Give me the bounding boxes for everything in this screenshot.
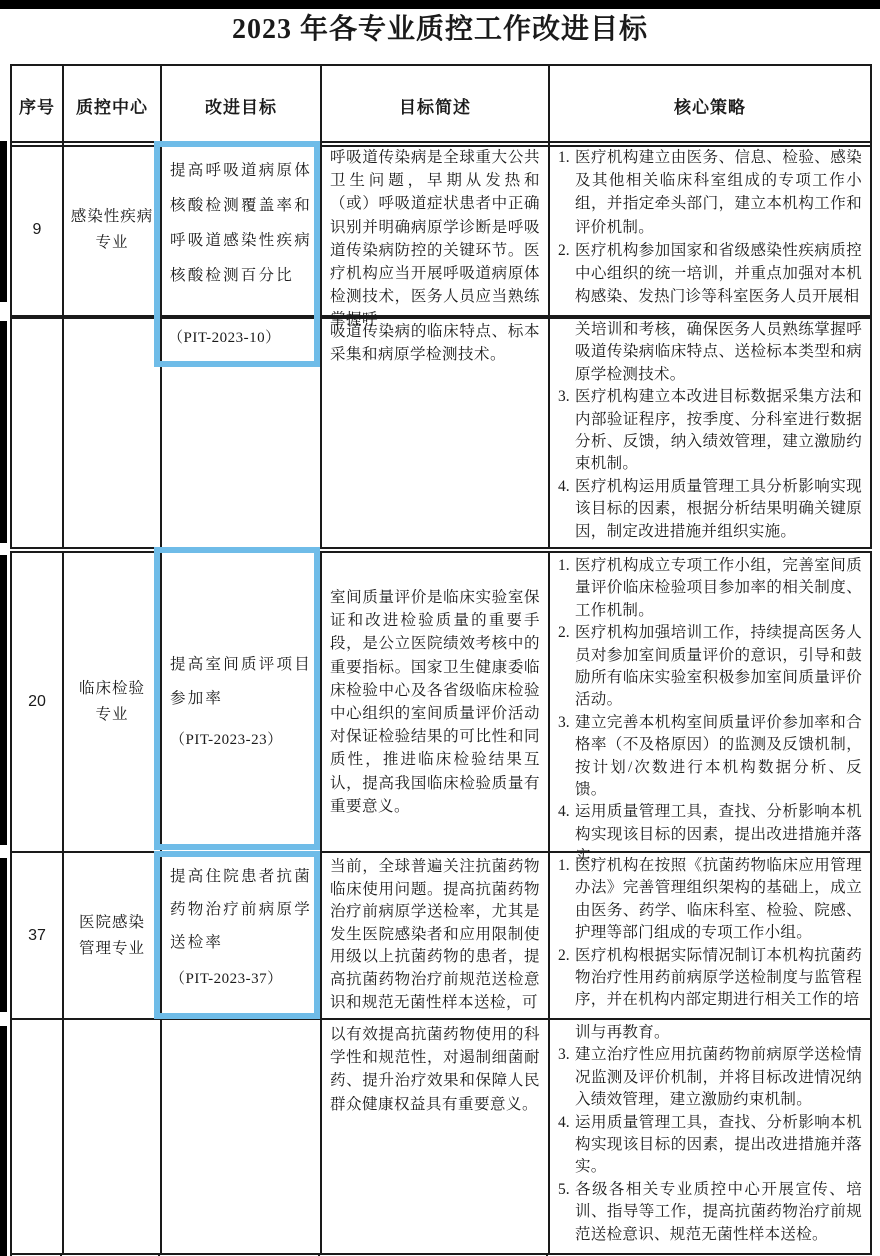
strategy-item: 5.各级各相关专业质控中心开展宣传、培训、指导等工作，提高抗菌药物治疗前规范送检… <box>558 1179 862 1246</box>
scan-edge-left-2 <box>0 321 7 543</box>
strategy-item: 3.建立完善本机构室间质量评价参加率和合格率（不及格原因）的监测及反馈机制，按计… <box>558 712 862 802</box>
row-37-center: 医院感染 管理专业 <box>64 853 160 1018</box>
row-9-center: 感染性疾病 专业 <box>64 143 160 317</box>
strategy-item: 2.医疗机构根据实际情况制订本机构抗菌药物治疗性用药前病原学送检制度与监管程序，… <box>558 945 862 1012</box>
strategy-item: 1.医疗机构成立专项工作小组，完善室间质量评价临床检验项目参加率的相关制度、工作… <box>558 555 862 622</box>
strategy-item: 训与再教育。 <box>558 1022 862 1044</box>
strategy-item-text: 医疗机构根据实际情况制订本机构抗菌药物治疗性用药前病原学送检制度与监管程序，并在… <box>575 947 862 1009</box>
strategy-item-number: 2. <box>558 945 570 967</box>
strategy-item-text: 医疗机构在按照《抗菌药物临床应用管理办法》完善管理组织架构的基础上，成立由医务、… <box>575 857 862 941</box>
strategy-item: 3.建立治疗性应用抗菌药物前病原学送检情况监测及评价机制，并将目标改进情况纳入绩… <box>558 1044 862 1111</box>
row-20-seq: 20 <box>12 553 62 851</box>
strategy-item: 2.医疗机构加强培训工作，持续提高医务人员对参加室间质量评价的意识，引导和鼓励所… <box>558 622 862 712</box>
strategy-item-number: 3. <box>558 1044 570 1066</box>
row-9-strategy-part-1: 1.医疗机构建立由医务、信息、检验、感染及其他相关临床科室组成的专项工作小组，并… <box>550 143 870 317</box>
strategy-item-text: 各级各相关专业质控中心开展宣传、培训、指导等工作，提高抗菌药物治疗前规范送检意识… <box>575 1181 862 1243</box>
row-9-seq-continuation <box>12 317 62 547</box>
row-9-seq: 9 <box>12 143 62 317</box>
row-9-summary-part-1: 呼吸道传染病是全球重大公共卫生问题，早期从发热和（或）呼吸道症状患者中正确识别并… <box>322 143 548 317</box>
strategy-item-number: 4. <box>558 1112 570 1134</box>
strategy-item-text: 医疗机构建立由医务、信息、检验、感染及其他相关临床科室组成的专项工作小组，并指定… <box>575 149 862 236</box>
strategy-item-text: 建立治疗性应用抗菌药物前病原学送检情况监测及评价机制，并将目标改进情况纳入绩效管… <box>575 1046 862 1108</box>
header-seq: 序号 <box>12 66 62 145</box>
header-strategy: 核心策略 <box>550 66 870 145</box>
header-goal: 改进目标 <box>162 66 320 145</box>
header-center: 质控中心 <box>64 66 160 145</box>
row-37-seq-continuation <box>12 1020 62 1253</box>
row-20-center: 临床检验 专业 <box>64 553 160 851</box>
row-37-seq: 37 <box>12 853 62 1018</box>
row-20: 20 临床检验 专业 提高室间质评项目参加率 （PIT-2023-23） 室间质… <box>10 551 872 853</box>
strategy-item-number: 1. <box>558 855 570 877</box>
strategy-item-number: 1. <box>558 555 570 577</box>
scan-edge-left-3 <box>0 555 7 845</box>
highlight-box-row-20-goal <box>154 547 320 850</box>
highlight-box-row-37-goal <box>154 851 320 1019</box>
header-summary: 目标简述 <box>322 66 548 145</box>
strategy-item: 4.运用质量管理工具，查找、分析影响本机构实现该目标的因素，提出改进措施并落实。 <box>558 1112 862 1179</box>
strategy-item-text: 运用质量管理工具，查找、分析影响本机构实现该目标的因素，提出改进措施并落实。 <box>575 1114 862 1176</box>
strategy-item: 关培训和考核，确保医务人员熟练掌握呼吸道传染病临床特点、送检标本类型和病原学检测… <box>558 319 862 386</box>
strategy-item: 2.医疗机构参加国家和省级感染性疾病质控中心组织的统一培训，并重点加强对本机构感… <box>558 239 862 309</box>
strategy-item-text: 医疗机构成立专项工作小组，完善室间质量评价临床检验项目参加率的相关制度、工作机制… <box>575 557 862 619</box>
row-20-strategy: 1.医疗机构成立专项工作小组，完善室间质量评价临床检验项目参加率的相关制度、工作… <box>550 553 870 851</box>
strategy-item-text: 训与再教育。 <box>575 1024 670 1041</box>
strategy-item-number: 3. <box>558 386 570 408</box>
row-37-part-2: 以有效提高抗菌药物使用的科学性和规范性，对遏制细菌耐药、提升治疗效果和保障人民群… <box>10 1018 872 1255</box>
table-header-row: 序号 质控中心 改进目标 目标简述 核心策略 <box>10 64 872 147</box>
strategy-item-text: 医疗机构建立本改进目标数据采集方法和内部验证程序，按季度、分科室进行数据分析、反… <box>575 388 862 472</box>
row-9-part-1: 9 感染性疾病 专业 提高呼吸道病原体核酸检测覆盖率和呼吸道感染性疾病核酸检测百… <box>10 141 872 319</box>
row-37-goal-continuation <box>162 1020 320 1253</box>
strategy-item-text: 医疗机构运用质量管理工具分析影响实现该目标的因素，根据分析结果明确关键原因，制定… <box>575 478 862 540</box>
scan-edge-top <box>0 0 880 9</box>
strategy-item: 4.医疗机构运用质量管理工具分析影响实现该目标的因素，根据分析结果明确关键原因，… <box>558 476 862 543</box>
scan-edge-left-4 <box>0 858 7 1012</box>
row-9-center-continuation <box>64 317 160 547</box>
row-20-summary-text: 室间质量评价是临床实验室保证和改进检验质量的重要手段，是公立医院绩效考核中的重要… <box>330 586 540 818</box>
scan-edge-left-5 <box>0 1026 7 1256</box>
strategy-item-text: 医疗机构加强培训工作，持续提高医务人员对参加室间质量评价的意识，引导和鼓励所有临… <box>575 624 862 708</box>
row-37-strategy-part-2: 训与再教育。 3.建立治疗性应用抗菌药物前病原学送检情况监测及评价机制，并将目标… <box>550 1020 870 1253</box>
row-20-summary: 室间质量评价是临床实验室保证和改进检验质量的重要手段，是公立医院绩效考核中的重要… <box>322 553 548 851</box>
next-row-top-border <box>10 1253 872 1255</box>
row-9-strategy-part-2: 关培训和考核，确保医务人员熟练掌握呼吸道传染病临床特点、送检标本类型和病原学检测… <box>550 317 870 547</box>
row-37-part-1: 37 医院感染 管理专业 提高住院患者抗菌药物治疗前病原学送检率 （PIT-20… <box>10 851 872 1020</box>
row-37-summary-part-2: 以有效提高抗菌药物使用的科学性和规范性，对遏制细菌耐药、提升治疗效果和保障人民群… <box>322 1020 548 1253</box>
strategy-item-number: 5. <box>558 1179 570 1201</box>
scan-edge-left-1 <box>0 141 7 302</box>
page-title: 2023 年各专业质控工作改进目标 <box>0 7 880 47</box>
strategy-item-number: 3. <box>558 712 570 734</box>
row-37-strategy-part-1: 1.医疗机构在按照《抗菌药物临床应用管理办法》完善管理组织架构的基础上，成立由医… <box>550 853 870 1018</box>
strategy-item-number: 4. <box>558 476 570 498</box>
highlight-box-row-9-goal <box>154 141 320 367</box>
strategy-item-text: 关培训和考核，确保医务人员熟练掌握呼吸道传染病临床特点、送检标本类型和病原学检测… <box>575 321 862 383</box>
strategy-item-number: 2. <box>558 239 570 262</box>
strategy-item-text: 医疗机构参加国家和省级感染性疾病质控中心组织的统一培训，并重点加强对本机构感染、… <box>575 242 862 305</box>
strategy-item-number: 4. <box>558 801 570 823</box>
row-37-center-continuation <box>64 1020 160 1253</box>
row-9-part-2: （PIT-2023-10） 吸道传染病的临床特点、标本采集和病原学检测技术。 关… <box>10 315 872 549</box>
strategy-item-number: 1. <box>558 146 570 169</box>
strategy-item-number: 2. <box>558 622 570 644</box>
strategy-item: 1.医疗机构建立由医务、信息、检验、感染及其他相关临床科室组成的专项工作小组，并… <box>558 146 862 239</box>
row-9-summary-part-2: 吸道传染病的临床特点、标本采集和病原学检测技术。 <box>322 317 548 547</box>
document-page: 2023 年各专业质控工作改进目标 序号 质控中心 改进目标 目标简述 核心策略… <box>0 0 880 1256</box>
strategy-item: 3.医疗机构建立本改进目标数据采集方法和内部验证程序，按季度、分科室进行数据分析… <box>558 386 862 476</box>
row-37-summary-part-1: 当前，全球普遍关注抗菌药物临床使用问题。提高抗菌药物治疗前病原学送检率，尤其是发… <box>322 853 548 1018</box>
strategy-item: 1.医疗机构在按照《抗菌药物临床应用管理办法》完善管理组织架构的基础上，成立由医… <box>558 855 862 945</box>
strategy-item-text: 建立完善本机构室间质量评价参加率和合格率（不及格原因）的监测及反馈机制，按计划/… <box>575 714 862 798</box>
